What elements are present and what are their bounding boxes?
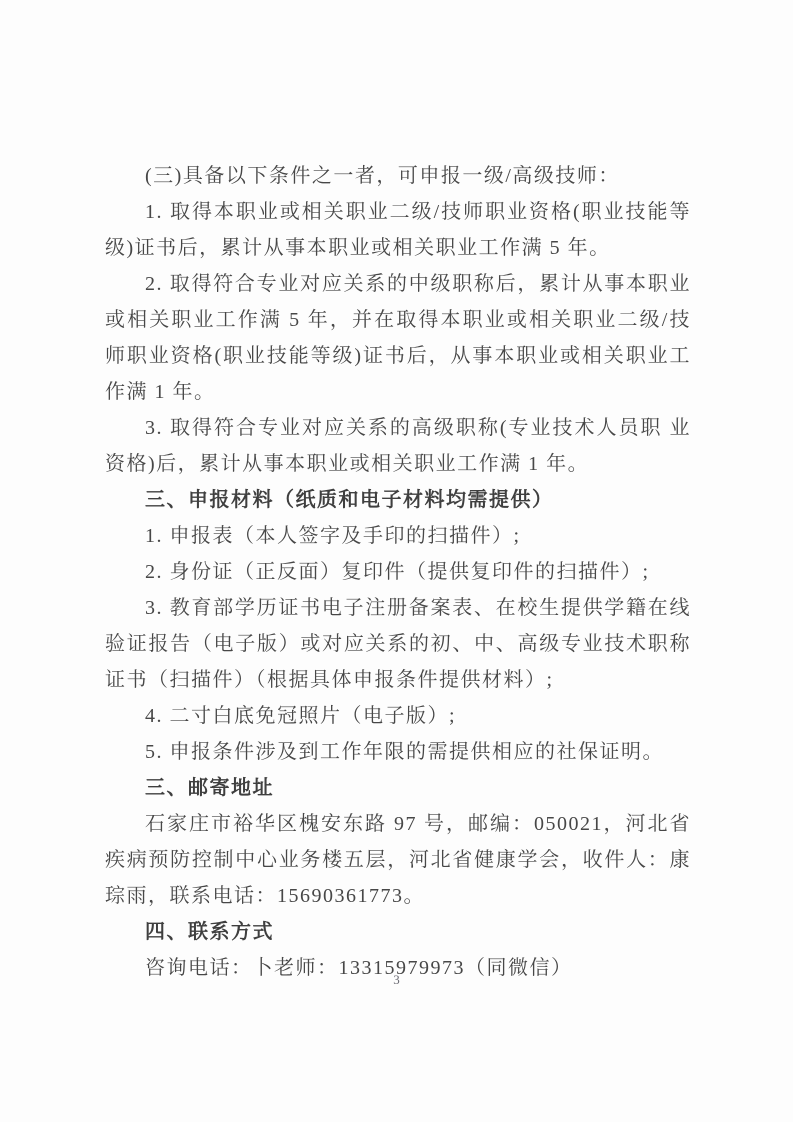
paragraph-condition-item-2: 2. 取得符合专业对应关系的中级职称后，累计从事本职业或相关职业工作满 5 年，… bbox=[105, 266, 691, 410]
paragraph-material-item-1: 1. 申报表（本人签字及手印的扫描件）; bbox=[105, 518, 691, 554]
document-content: (三)具备以下条件之一者，可申报一级/高级技师： 1. 取得本职业或相关职业二级… bbox=[105, 158, 691, 986]
paragraph-material-item-2: 2. 身份证（正反面）复印件（提供复印件的扫描件）; bbox=[105, 554, 691, 590]
paragraph-condition-item-1: 1. 取得本职业或相关职业二级/技师职业资格(职业技能等级)证书后，累计从事本职… bbox=[105, 194, 691, 266]
heading-contact-method: 四、联系方式 bbox=[105, 914, 691, 950]
paragraph-material-item-4: 4. 二寸白底免冠照片（电子版）; bbox=[105, 698, 691, 734]
paragraph-material-item-5: 5. 申报条件涉及到工作年限的需提供相应的社保证明。 bbox=[105, 734, 691, 770]
paragraph-condition-item-3: 3. 取得符合专业对应关系的高级职称(专业技术人员职 业资格)后，累计从事本职业… bbox=[105, 410, 691, 482]
paragraph-mailing-address: 石家庄市裕华区槐安东路 97 号，邮编：050021，河北省疾病预防控制中心业务… bbox=[105, 806, 691, 914]
heading-mailing-address: 三、邮寄地址 bbox=[105, 770, 691, 806]
heading-application-materials: 三、申报材料（纸质和电子材料均需提供） bbox=[105, 482, 691, 518]
page-number: 3 bbox=[0, 972, 793, 988]
document-page: (三)具备以下条件之一者，可申报一级/高级技师： 1. 取得本职业或相关职业二级… bbox=[0, 0, 793, 1122]
paragraph-condition-intro: (三)具备以下条件之一者，可申报一级/高级技师： bbox=[105, 158, 691, 194]
paragraph-material-item-3: 3. 教育部学历证书电子注册备案表、在校生提供学籍在线验证报告（电子版）或对应关… bbox=[105, 590, 691, 698]
